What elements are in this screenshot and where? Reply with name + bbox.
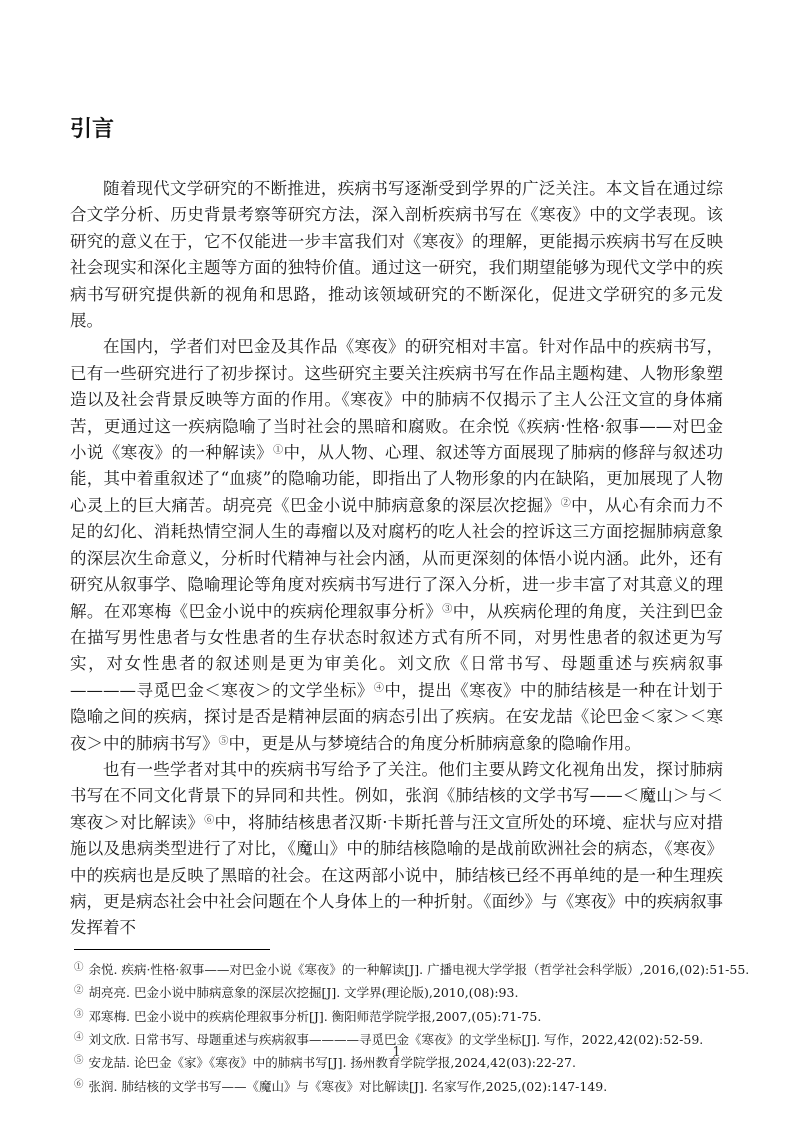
paragraph: 在国内，学者们对巴金及其作品《寒夜》的研究相对丰富。针对作品中的疾病书写，已有一… xyxy=(70,334,723,757)
document-page: 引言 随着现代文学研究的不断推进，疾病书写逐渐受到学界的广泛关注。本文旨在通过综… xyxy=(0,0,793,1122)
footnote-ref: ② xyxy=(561,498,571,509)
section-heading: 引言 xyxy=(70,114,723,144)
body-paragraphs: 随着现代文学研究的不断推进，疾病书写逐渐受到学界的广泛关注。本文旨在通过综合文学… xyxy=(70,176,723,942)
footnote-ref: ③ xyxy=(442,604,452,615)
paragraph: 随着现代文学研究的不断推进，疾病书写逐渐受到学界的广泛关注。本文旨在通过综合文学… xyxy=(70,176,723,334)
footnote-item: ①余悦. 疾病·性格·叙事——对巴金小说《寒夜》的一种解读[J]. 广播电视大学… xyxy=(70,958,723,981)
footnote-marker: ② xyxy=(74,985,84,996)
footnote-item: ②胡亮亮. 巴金小说中肺病意象的深层次挖掘[J]. 文学界(理论版),2010,… xyxy=(70,981,723,1004)
footnote-ref: ① xyxy=(273,445,283,456)
page-number: 1 xyxy=(0,1045,793,1060)
paragraph-text: 中，更是从与梦境结合的角度分析肺病意象的隐喻作用。 xyxy=(229,734,642,753)
footnote-text: 张润. 肺结核的文学书写——《魔山》与《寒夜》对比解读[J]. 名家写作,202… xyxy=(89,1079,608,1094)
footnote-item: ⑥张润. 肺结核的文学书写——《魔山》与《寒夜》对比解读[J]. 名家写作,20… xyxy=(70,1075,723,1098)
footnote-marker: ④ xyxy=(74,1032,84,1043)
footnote-ref: ⑥ xyxy=(204,815,214,826)
footnote-item: ③邓寒梅. 巴金小说中的疾病伦理叙事分析[J]. 衡阳师范学院学报,2007,(… xyxy=(70,1005,723,1028)
footnote-marker: ③ xyxy=(74,1009,84,1020)
paragraph: 也有一些学者对其中的疾病书写给予了关注。他们主要从跨文化视角出发，探讨肺病书写在… xyxy=(70,757,723,942)
page-body: 引言 随着现代文学研究的不断推进，疾病书写逐渐受到学界的广泛关注。本文旨在通过综… xyxy=(70,114,723,1098)
footnote-text: 邓寒梅. 巴金小说中的疾病伦理叙事分析[J]. 衡阳师范学院学报,2007,(0… xyxy=(89,1009,542,1024)
footnote-marker: ① xyxy=(74,962,84,973)
paragraph-text: 随着现代文学研究的不断推进，疾病书写逐渐受到学界的广泛关注。本文旨在通过综合文学… xyxy=(70,179,723,330)
footnote-ref: ④ xyxy=(374,683,384,694)
footnote-area: ①余悦. 疾病·性格·叙事——对巴金小说《寒夜》的一种解读[J]. 广播电视大学… xyxy=(70,949,723,1098)
footnote-text: 余悦. 疾病·性格·叙事——对巴金小说《寒夜》的一种解读[J]. 广播电视大学学… xyxy=(89,962,750,977)
footnote-ref: ⑤ xyxy=(219,736,229,747)
footnote-separator xyxy=(74,949,270,950)
footnote-text: 胡亮亮. 巴金小说中肺病意象的深层次挖掘[J]. 文学界(理论版),2010,(… xyxy=(89,985,519,1000)
footnote-list: ①余悦. 疾病·性格·叙事——对巴金小说《寒夜》的一种解读[J]. 广播电视大学… xyxy=(70,958,723,1098)
footnote-marker: ⑥ xyxy=(74,1079,84,1090)
